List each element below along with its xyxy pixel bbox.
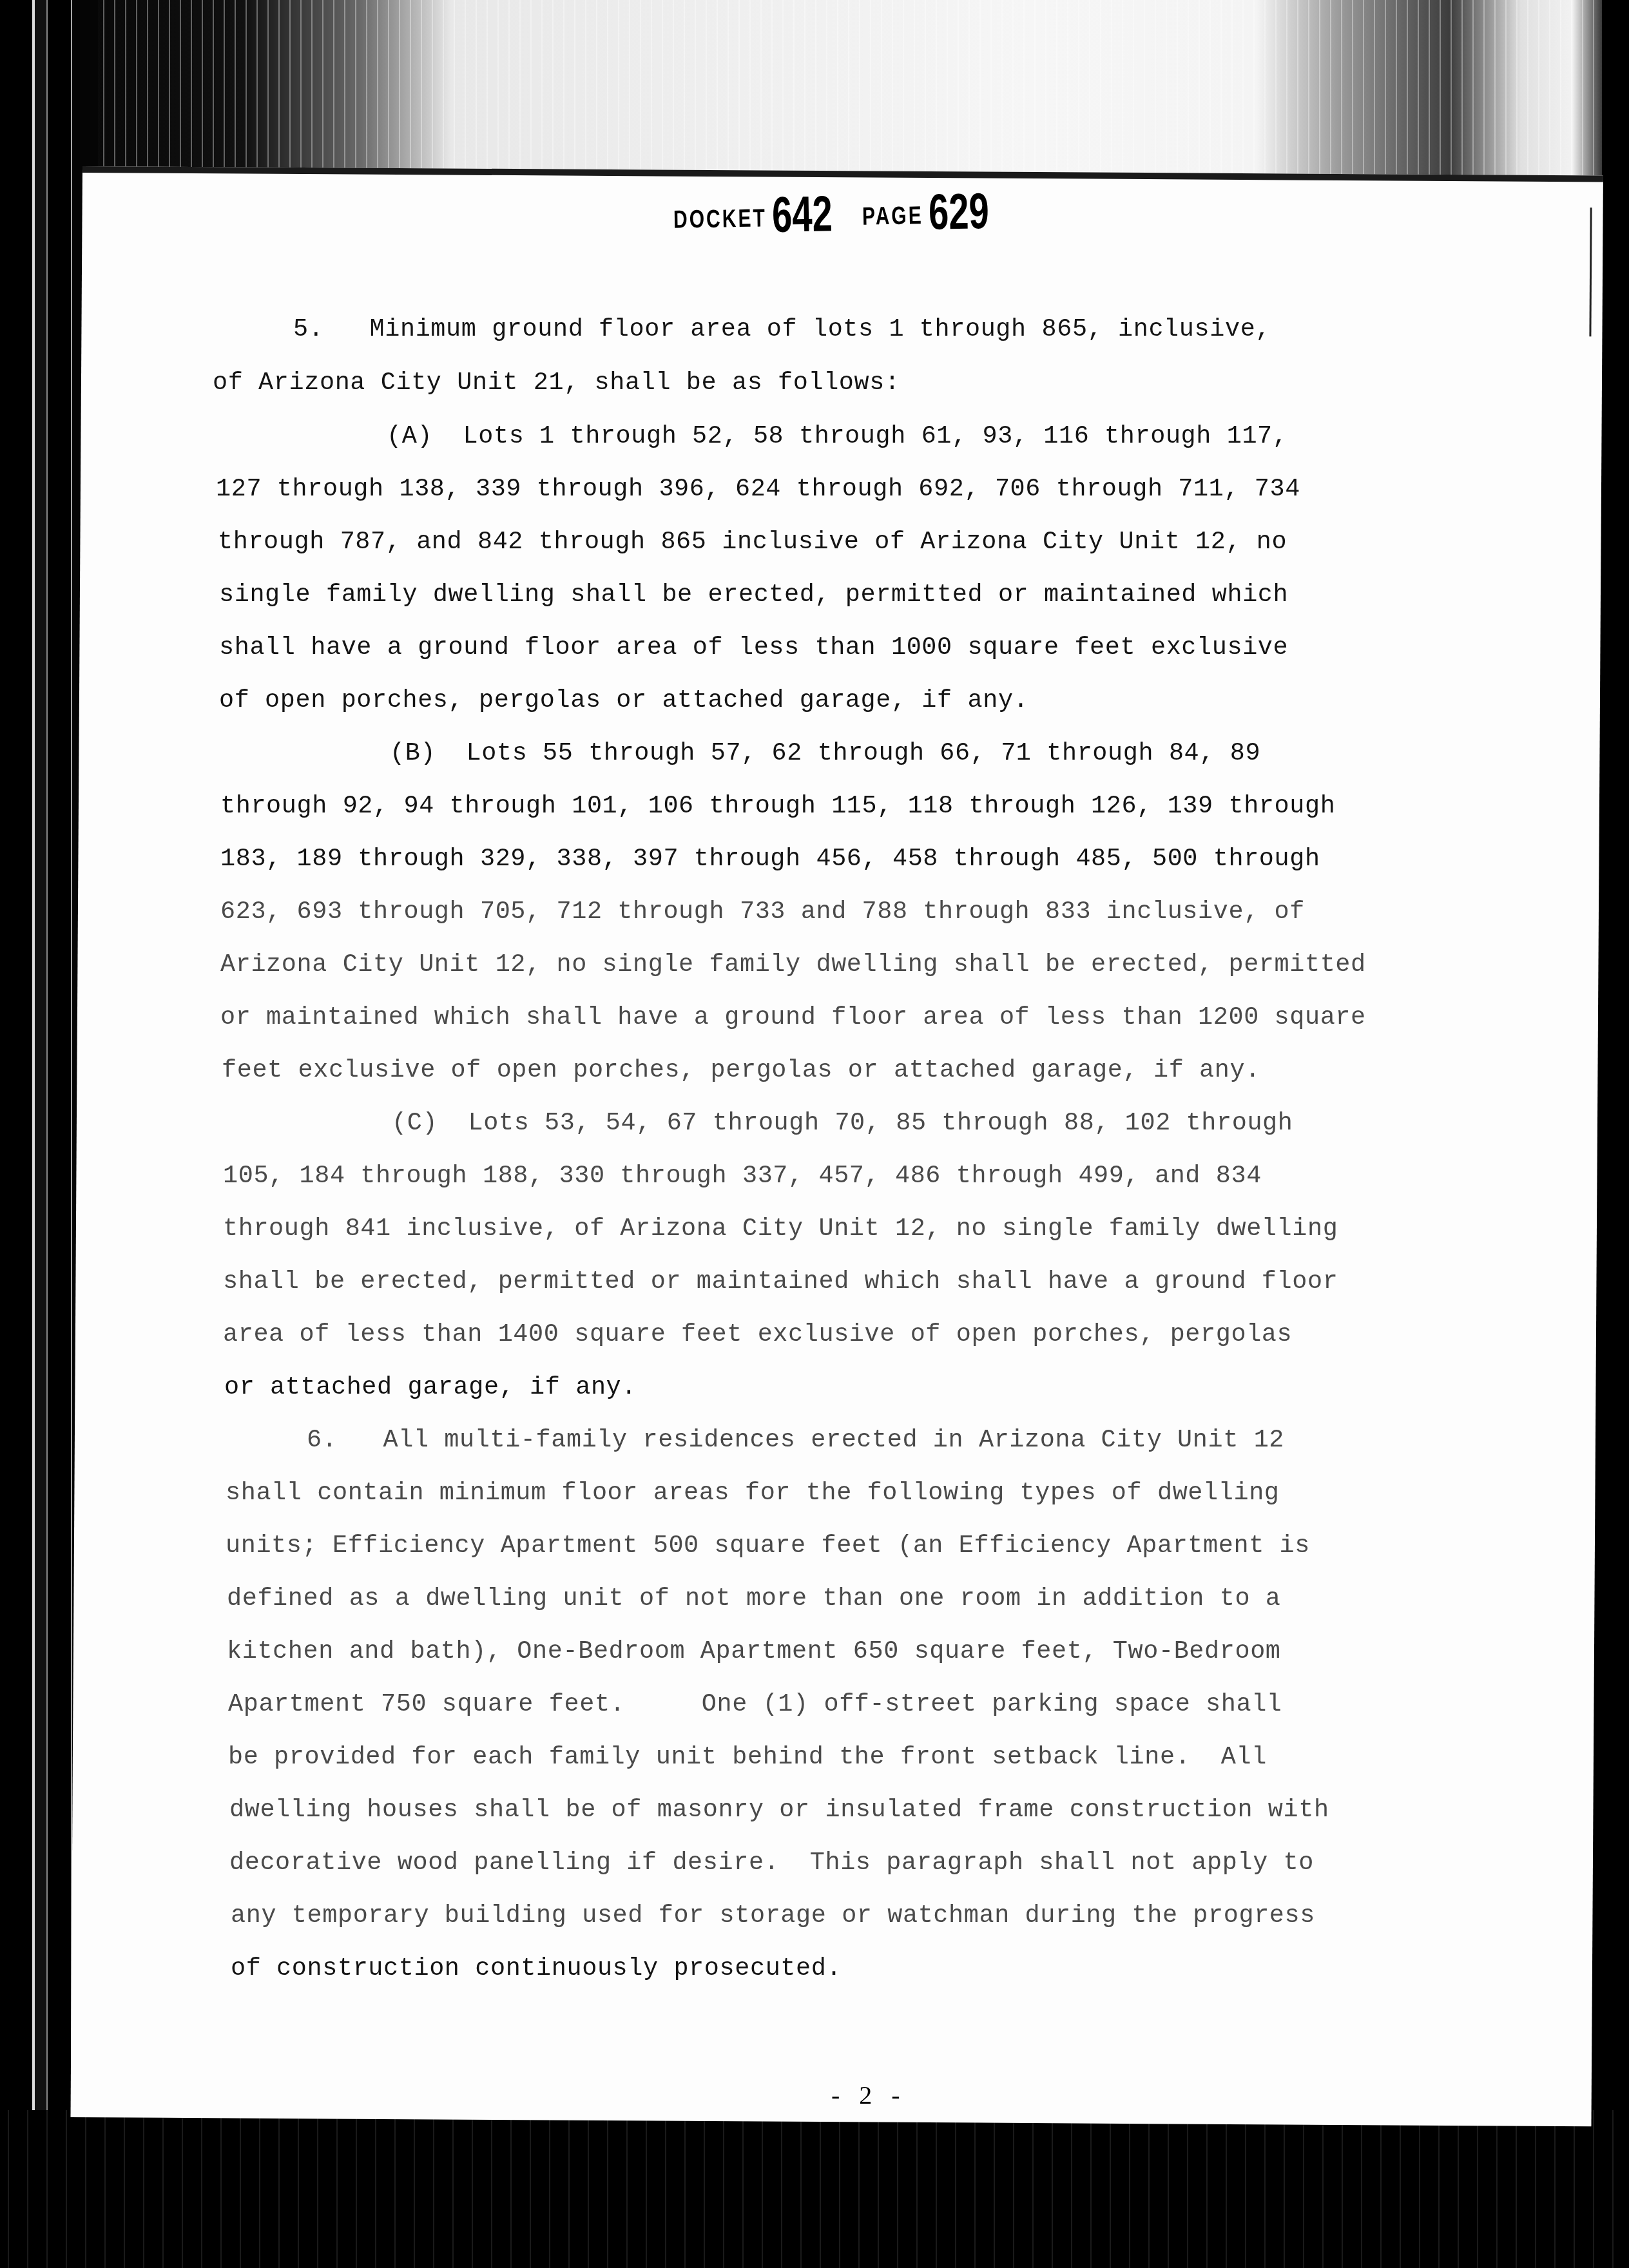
subsection-b-line: 183, 189 through 329, 338, 397 through 4… bbox=[220, 847, 1320, 872]
subsection-c-line: shall be erected, permitted or maintaine… bbox=[223, 1269, 1338, 1294]
docket-label: DOCKET bbox=[673, 204, 767, 241]
subsection-b-line: feet exclusive of open porches, pergolas… bbox=[222, 1058, 1260, 1083]
section-6-line: kitchen and bath), One-Bedroom Apartment… bbox=[227, 1639, 1281, 1664]
page-number: 629 bbox=[928, 186, 989, 237]
section-6-line: any temporary building used for storage … bbox=[231, 1903, 1315, 1928]
subsection-c-line: area of less than 1400 square feet exclu… bbox=[223, 1322, 1292, 1347]
section-6-line: shall contain minimum floor areas for th… bbox=[226, 1481, 1280, 1506]
section-5-line: 5. Minimum ground floor area of lots 1 t… bbox=[293, 317, 1271, 342]
subsection-b-line: Arizona City Unit 12, no single family d… bbox=[220, 952, 1366, 977]
subsection-b-line: through 92, 94 through 101, 106 through … bbox=[220, 794, 1335, 819]
subsection-a-line: (A) Lots 1 through 52, 58 through 61, 93… bbox=[387, 424, 1288, 449]
section-6-line: decorative wood panelling if desire. Thi… bbox=[229, 1850, 1314, 1876]
section-6-line: dwelling houses shall be of masonry or i… bbox=[229, 1798, 1329, 1823]
scan-artifact-top bbox=[0, 0, 1629, 187]
page-label: PAGE bbox=[862, 202, 924, 238]
section-6-line: 6. All multi-family residences erected i… bbox=[307, 1428, 1284, 1453]
subsection-c-line: 105, 184 through 188, 330 through 337, 4… bbox=[223, 1164, 1262, 1189]
subsection-c-line: or attached garage, if any. bbox=[224, 1375, 637, 1400]
section-6-line: of construction continuously prosecuted. bbox=[231, 1956, 842, 1981]
page-footer-number: - 2 - bbox=[831, 2080, 907, 2110]
document-page bbox=[71, 166, 1603, 2126]
margin-rule bbox=[1589, 207, 1592, 336]
docket-number: 642 bbox=[771, 188, 833, 240]
subsection-c-line: (C) Lots 53, 54, 67 through 70, 85 throu… bbox=[392, 1111, 1293, 1136]
subsection-a-line: of open porches, pergolas or attached ga… bbox=[219, 688, 1028, 713]
scan-artifact-right bbox=[1602, 0, 1629, 2268]
subsection-a-line: single family dwelling shall be erected,… bbox=[219, 582, 1288, 608]
subsection-b-line: (B) Lots 55 through 57, 62 through 66, 7… bbox=[390, 741, 1260, 766]
subsection-a-line: through 787, and 842 through 865 inclusi… bbox=[218, 530, 1287, 555]
section-5-line: of Arizona City Unit 21, shall be as fol… bbox=[213, 370, 900, 396]
subsection-b-line: or maintained which shall have a ground … bbox=[220, 1005, 1366, 1030]
section-6-line: be provided for each family unit behind … bbox=[228, 1745, 1267, 1770]
section-6-line: Apartment 750 square feet. One (1) off-s… bbox=[228, 1692, 1282, 1717]
scan-artifact-bottom bbox=[0, 2110, 1629, 2268]
section-6-line: units; Efficiency Apartment 500 square f… bbox=[226, 1533, 1310, 1559]
subsection-a-line: shall have a ground floor area of less t… bbox=[219, 635, 1288, 660]
subsection-a-line: 127 through 138, 339 through 396, 624 th… bbox=[216, 477, 1300, 502]
docket-stamp: DOCKET 642 PAGE 629 bbox=[673, 185, 1012, 241]
subsection-c-line: through 841 inclusive, of Arizona City U… bbox=[223, 1216, 1338, 1242]
subsection-b-line: 623, 693 through 705, 712 through 733 an… bbox=[220, 899, 1305, 925]
section-6-line: defined as a dwelling unit of not more t… bbox=[227, 1586, 1281, 1611]
